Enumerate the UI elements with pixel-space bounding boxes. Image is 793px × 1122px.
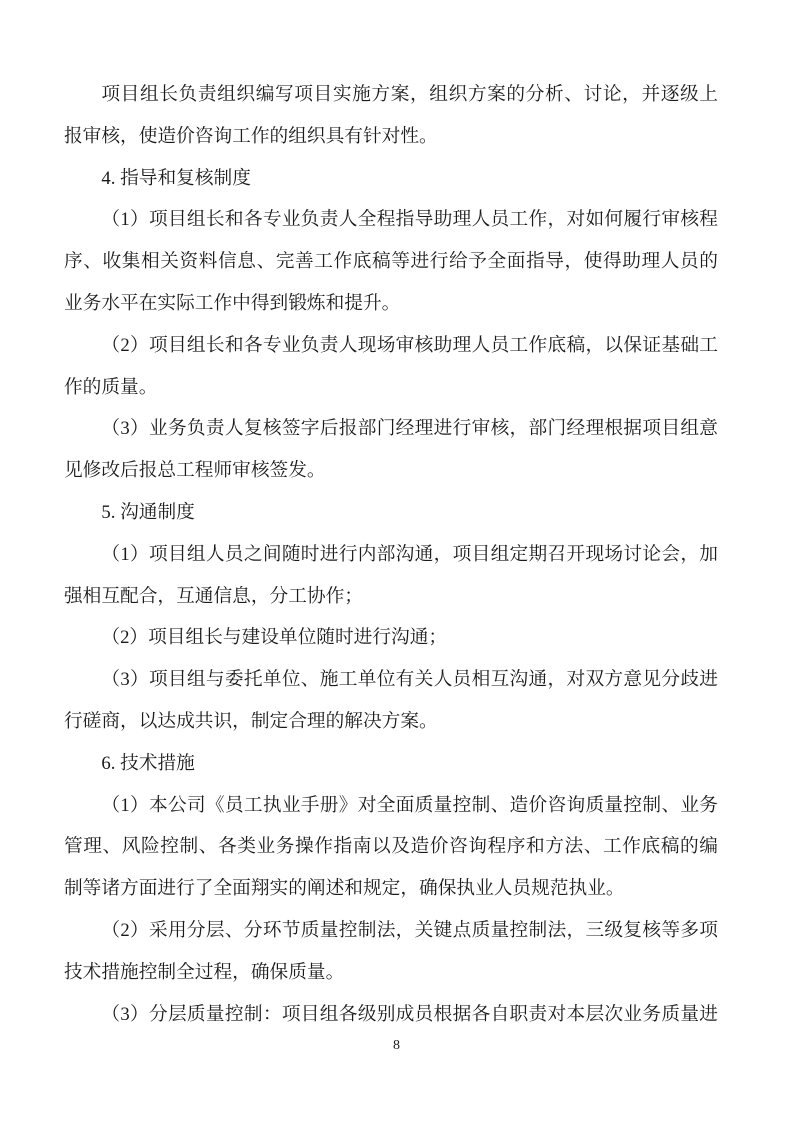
body-text-line: （3）业务负责人复核签字后报部门经理进行审核，部门经理根据项目组意 — [64, 408, 718, 450]
body-text-line: （3）项目组与委托单位、施工单位有关人员相互沟通，对双方意见分歧进 — [64, 659, 718, 701]
body-text-line: 行磋商，以达成共识，制定合理的解决方案。 — [64, 701, 718, 743]
page-number: 8 — [0, 1032, 793, 1060]
body-text-line: 作的质量。 — [64, 367, 718, 409]
body-text-line: （1）项目组人员之间随时进行内部沟通，项目组定期召开现场讨论会，加 — [64, 534, 718, 576]
body-text-line: 报审核，使造价咨询工作的组织具有针对性。 — [64, 116, 718, 158]
body-text-line: 序、收集相关资料信息、完善工作底稿等进行给予全面指导，使得助理人员的 — [64, 241, 718, 283]
document-page: 项目组长负责组织编写项目实施方案，组织方案的分析、讨论，并逐级上报审核，使造价咨… — [0, 0, 793, 1122]
body-text-line: （2）采用分层、分环节质量控制法，关键点质量控制法，三级复核等多项 — [64, 910, 718, 952]
body-text-line: 项目组长负责组织编写项目实施方案，组织方案的分析、讨论，并逐级上 — [64, 74, 718, 116]
body-text-line: 技术措施控制全过程，确保质量。 — [64, 952, 718, 994]
body-text-line: 业务水平在实际工作中得到锻炼和提升。 — [64, 283, 718, 325]
heading-line: 5. 沟通制度 — [64, 492, 718, 534]
heading-line: 4. 指导和复核制度 — [64, 158, 718, 200]
body-text-line: 见修改后报总工程师审核签发。 — [64, 450, 718, 492]
body-text-line: （1）本公司《员工执业手册》对全面质量控制、造价咨询质量控制、业务 — [64, 785, 718, 827]
body-text-line: 制等诸方面进行了全面翔实的阐述和规定，确保执业人员规范执业。 — [64, 868, 718, 910]
body-text-line: （3）分层质量控制：项目组各级别成员根据各自职责对本层次业务质量进 — [64, 994, 718, 1036]
body-text-line: 强相互配合，互通信息，分工协作； — [64, 576, 718, 618]
body-text-line: 管理、风险控制、各类业务操作指南以及造价咨询程序和方法、工作底稿的编 — [64, 826, 718, 868]
document-body: 项目组长负责组织编写项目实施方案，组织方案的分析、讨论，并逐级上报审核，使造价咨… — [64, 74, 718, 1035]
body-text-line: （2）项目组长与建设单位随时进行沟通； — [64, 617, 718, 659]
body-text-line: （1）项目组长和各专业负责人全程指导助理人员工作，对如何履行审核程 — [64, 199, 718, 241]
heading-line: 6. 技术措施 — [64, 743, 718, 785]
body-text-line: （2）项目组长和各专业负责人现场审核助理人员工作底稿，以保证基础工 — [64, 325, 718, 367]
